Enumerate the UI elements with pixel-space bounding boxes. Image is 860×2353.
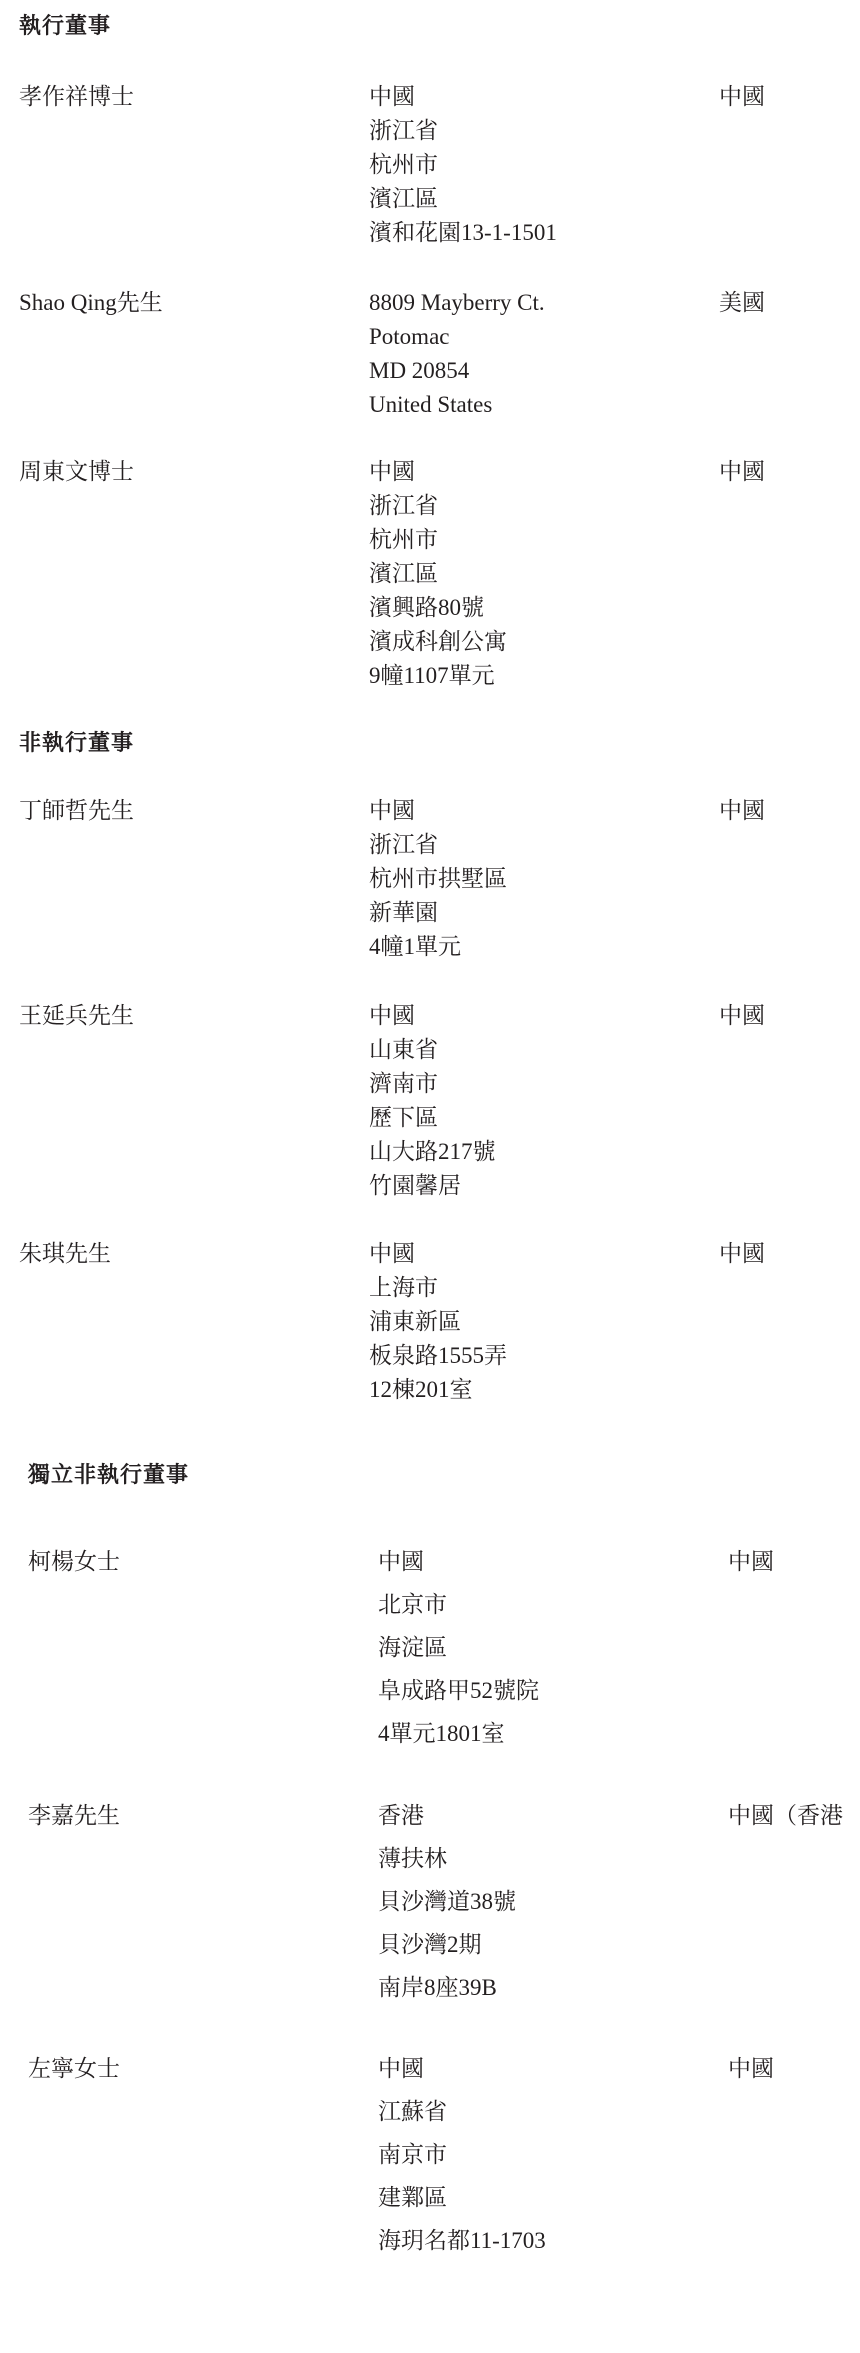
director-name: 李嘉先生: [28, 1794, 120, 1837]
director-address: 中國 浙江省 杭州市 濱江區 濱和花園13-1-1501: [369, 80, 557, 250]
director-name: 朱琪先生: [19, 1237, 111, 1271]
director-nationality: 中國: [719, 455, 765, 489]
address-line: 浙江省: [369, 114, 557, 148]
address-line: 杭州市: [369, 523, 507, 557]
director-address: 中國 浙江省 杭州市 濱江區 濱興路80號 濱成科創公寓 9幢1107單元: [369, 455, 507, 693]
address-line: 濱和花園13-1-1501: [369, 216, 557, 250]
director-name: 丁師哲先生: [19, 794, 134, 828]
address-line: 貝沙灣2期: [378, 1923, 516, 1966]
director-nationality: 中國: [719, 80, 765, 114]
director-address: 中國 北京市 海淀區 阜成路甲52號院 4單元1801室: [378, 1540, 539, 1755]
address-line: 上海市: [369, 1271, 507, 1305]
director-name: 王延兵先生: [19, 999, 134, 1033]
address-line: 濱江區: [369, 182, 557, 216]
address-line: 北京市: [378, 1583, 539, 1626]
address-line: 9幢1107單元: [369, 659, 507, 693]
director-nationality: 中國: [728, 2047, 774, 2090]
address-line: 4幢1單元: [369, 930, 507, 964]
address-line: 中國: [369, 794, 507, 828]
section-heading-independent-non-executive-directors: 獨立非執行董事: [28, 1461, 189, 1491]
address-line: 濱興路80號: [369, 591, 507, 625]
address-line: 江蘇省: [378, 2090, 546, 2133]
address-line: 4單元1801室: [378, 1712, 539, 1755]
address-line: 板泉路1555弄: [369, 1339, 507, 1373]
address-line: 山大路217號: [369, 1135, 496, 1169]
director-nationality: 中國: [719, 1237, 765, 1271]
address-line: 中國: [369, 1237, 507, 1271]
address-line: 浦東新區: [369, 1305, 507, 1339]
director-nationality: 中國（香港: [728, 1794, 843, 1837]
address-line: 中國: [378, 2047, 546, 2090]
address-line: 歷下區: [369, 1101, 496, 1135]
address-line: 12棟201室: [369, 1373, 507, 1407]
director-address: 中國 江蘇省 南京市 建鄴區 海玥名都11-1703: [378, 2047, 546, 2262]
address-line: United States: [369, 388, 545, 422]
section-heading-executive-directors: 執行董事: [19, 12, 111, 42]
address-line: 南岸8座39B: [378, 1966, 516, 2009]
address-line: 香港: [378, 1794, 516, 1837]
address-line: 浙江省: [369, 828, 507, 862]
address-line: 杭州市: [369, 148, 557, 182]
director-name: 柯楊女士: [28, 1540, 120, 1583]
director-address: 8809 Mayberry Ct. Potomac MD 20854 Unite…: [369, 286, 545, 422]
director-name: 左寧女士: [28, 2047, 120, 2090]
address-line: 濱江區: [369, 557, 507, 591]
director-name: 孝作祥博士: [19, 80, 134, 114]
director-nationality: 中國: [728, 1540, 774, 1583]
address-line: Potomac: [369, 320, 545, 354]
address-line: 山東省: [369, 1033, 496, 1067]
address-line: 新華園: [369, 896, 507, 930]
address-line: 貝沙灣道38號: [378, 1880, 516, 1923]
address-line: 薄扶林: [378, 1837, 516, 1880]
address-line: 竹園馨居: [369, 1169, 496, 1203]
address-line: 中國: [369, 80, 557, 114]
director-name: Shao Qing先生: [19, 286, 163, 320]
director-address: 中國 山東省 濟南市 歷下區 山大路217號 竹園馨居: [369, 999, 496, 1203]
address-line: 中國: [378, 1540, 539, 1583]
director-address: 中國 浙江省 杭州市拱墅區 新華園 4幢1單元: [369, 794, 507, 964]
address-line: 南京市: [378, 2133, 546, 2176]
director-nationality: 中國: [719, 999, 765, 1033]
address-line: MD 20854: [369, 354, 545, 388]
address-line: 建鄴區: [378, 2176, 546, 2219]
director-nationality: 美國: [719, 286, 765, 320]
address-line: 8809 Mayberry Ct.: [369, 286, 545, 320]
address-line: 杭州市拱墅區: [369, 862, 507, 896]
address-line: 阜成路甲52號院: [378, 1669, 539, 1712]
director-name: 周東文博士: [19, 455, 134, 489]
director-address: 中國 上海市 浦東新區 板泉路1555弄 12棟201室: [369, 1237, 507, 1407]
address-line: 濟南市: [369, 1067, 496, 1101]
address-line: 濱成科創公寓: [369, 625, 507, 659]
section-heading-non-executive-directors: 非執行董事: [19, 729, 134, 759]
address-line: 海玥名都11-1703: [378, 2219, 546, 2262]
address-line: 中國: [369, 999, 496, 1033]
director-address: 香港 薄扶林 貝沙灣道38號 貝沙灣2期 南岸8座39B: [378, 1794, 516, 2009]
address-line: 浙江省: [369, 489, 507, 523]
director-nationality: 中國: [719, 794, 765, 828]
address-line: 中國: [369, 455, 507, 489]
address-line: 海淀區: [378, 1626, 539, 1669]
